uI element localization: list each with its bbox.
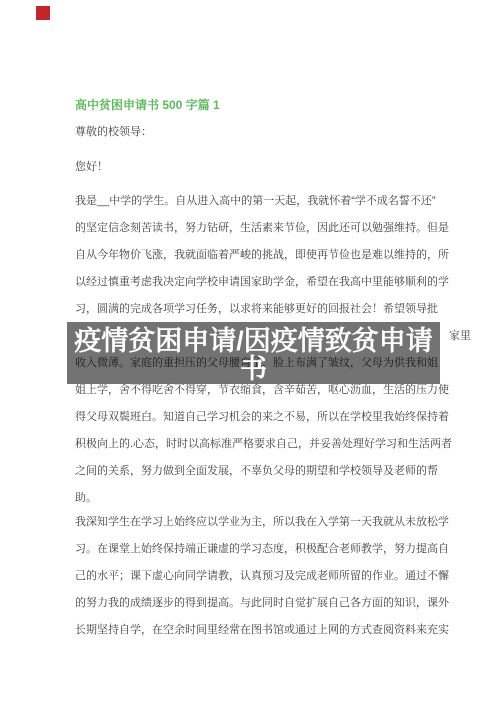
paragraph-1-line-4: 以经过慎重考虑我决定向学校申请国家助学金，希望在我高中里能够顺利的学 bbox=[75, 269, 471, 296]
paragraph-1-line-3: 自从今年物价飞涨，我就面临着严峻的挑战，即使再节俭也是难以维持的，所 bbox=[75, 242, 471, 269]
paragraph-2-line-1: 我深知学生在学习上始终应以学业为主，所以我在入学第一天我就从未放松学 bbox=[75, 509, 471, 536]
watermark-title-line-1: 疫情贫困申请/因疫情致贫申请 bbox=[67, 327, 440, 355]
paragraph-1-line-5: 习，圆满的完成各项学习任务，以求将来能够更好的回报社会！希望领导批 bbox=[75, 296, 471, 323]
paragraph-1-line-1: 我是__中学的学生。自从进入高中的第一天起，我就怀着“学不成名誓不还” bbox=[75, 188, 471, 215]
paragraph-1-line-9: 得父母双鬓班白。知道自己学习机会的来之不易，所以在学校里我始终保持着 bbox=[75, 404, 471, 431]
salutation-line: 尊敬的校领导： bbox=[75, 124, 152, 140]
paragraph-1-line-10: 积极向上的.心态，时时以高标准严格要求自己，并妥善处理好学习和生活两者 bbox=[75, 431, 471, 458]
site-logo-red-square bbox=[36, 6, 50, 20]
paragraph-2-line-3: 己的水平；课下虚心向同学请教，认真预习及完成老师所留的作业。通过不懈 bbox=[75, 563, 471, 590]
paragraph-2: 我深知学生在学习上始终应以学业为主，所以我在入学第一天我就从未放松学 习。在课堂… bbox=[75, 509, 471, 644]
paragraph-1-line-12: 助。 bbox=[75, 485, 471, 512]
greeting-line: 您好！ bbox=[75, 159, 108, 175]
watermark-title-line-2: 书 bbox=[67, 355, 440, 383]
paragraph-2-line-2: 习。在课堂上始终保持端正谦虚的学习态度，积极配合老师教学，努力提高自 bbox=[75, 536, 471, 563]
paragraph-1-line-2: 的坚定信念刻苦读书，努力钻研，生活素来节俭，因此还可以勉强维持。但是 bbox=[75, 215, 471, 242]
document-page: 高中贫困申请书 500 字篇 1 尊敬的校领导： 您好！ 我是__中学的学生。自… bbox=[0, 0, 500, 706]
watermark-overlay-band: 疫情贫困申请/因疫情致贫申请 书 bbox=[67, 322, 440, 384]
paragraph-1-line-11: 之间的关系，努力做到全面发展，不辜负父母的期望和学校领导及老师的帮 bbox=[75, 458, 471, 485]
paragraph-2-line-5: 长期坚持自学，在空余时间里经常在图书馆或通过上网的方式查阅资料来充实 bbox=[75, 617, 471, 644]
paragraph-2-line-4: 的努力我的成绩逐步的得到提高。与此同时自觉扩展自己各方面的知识，课外 bbox=[75, 590, 471, 617]
article-title: 高中贫困申请书 500 字篇 1 bbox=[75, 97, 220, 113]
